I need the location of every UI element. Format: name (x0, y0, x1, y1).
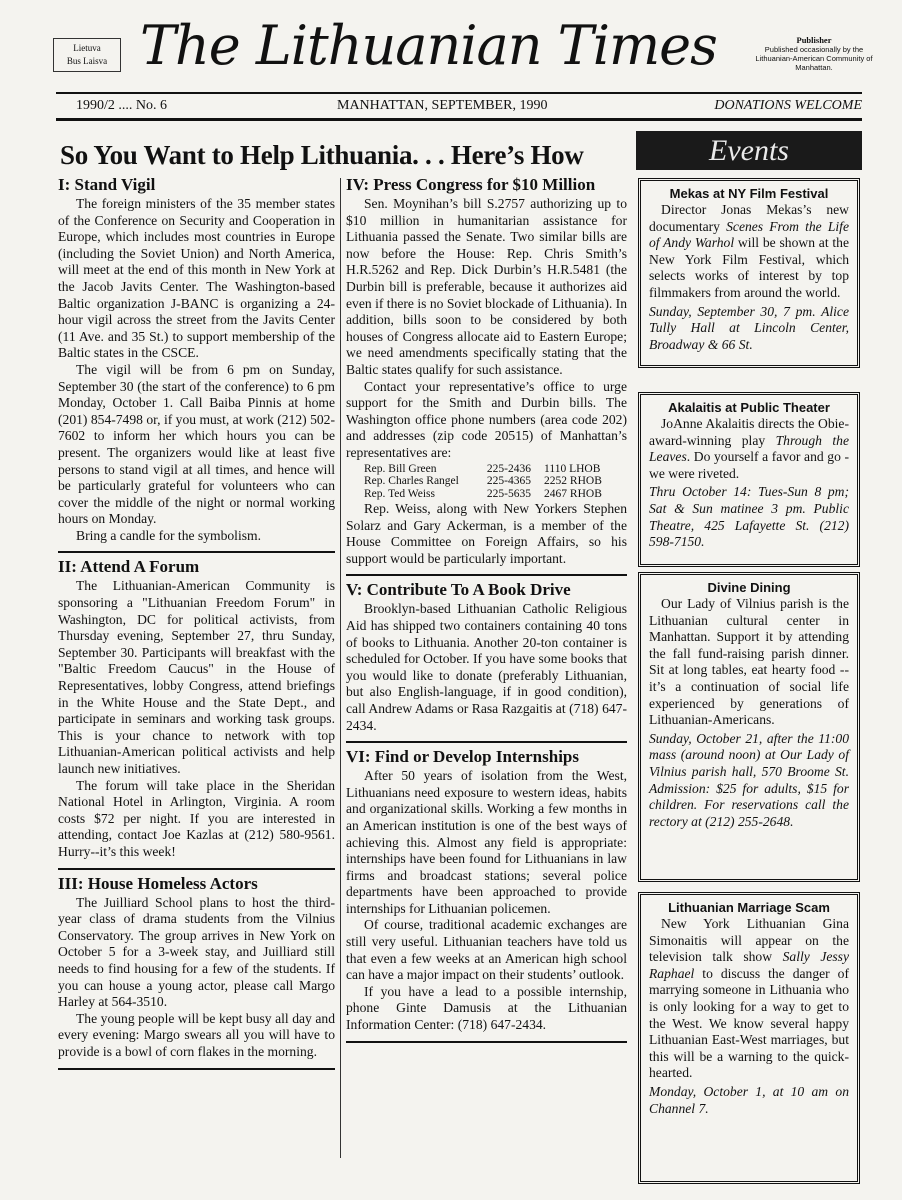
paragraph: After 50 years of isolation from the Wes… (346, 768, 627, 917)
section-title: III: House Homeless Actors (58, 874, 335, 894)
issue-number: 1990/2 .... No. 6 (76, 98, 167, 114)
section-divider (346, 741, 627, 743)
newspaper-title: The Lithuanian Times (140, 14, 740, 77)
section-title: VI: Find or Develop Internships (346, 747, 627, 767)
column-middle: IV: Press Congress for $10 Million Sen. … (346, 175, 627, 1047)
event-body: New York Lithuanian Gina Simonaitis will… (649, 916, 849, 1082)
paragraph: The Juilliard School plans to host the t… (58, 895, 335, 1011)
rep-phone: 225-5635 (487, 488, 544, 501)
rep-office: 1110 LHOB (544, 463, 619, 476)
section-divider (346, 1041, 627, 1043)
event-body: Our Lady of Vilnius parish is the Lithua… (649, 596, 849, 729)
event-title: Lithuanian Marriage Scam (649, 899, 849, 916)
event-akalaitis-theater: Akalaitis at Public Theater JoAnne Akala… (638, 392, 860, 567)
event-body: JoAnne Akalaitis directs the Obie-award-… (649, 416, 849, 482)
representatives-table: Rep. Bill Green 225-2436 1110 LHOB Rep. … (364, 463, 619, 501)
section-divider (58, 868, 335, 870)
event-marriage-scam: Lithuanian Marriage Scam New York Lithua… (638, 892, 860, 1184)
event-title: Akalaitis at Public Theater (649, 399, 849, 416)
event-when: Sunday, September 30, 7 pm. Alice Tully … (649, 304, 849, 354)
donations-notice: DONATIONS WELCOME (714, 98, 862, 114)
paragraph: If you have a lead to a possible interns… (346, 984, 627, 1034)
paragraph: The forum will take place in the Sherida… (58, 778, 335, 861)
event-title: Divine Dining (649, 579, 849, 596)
publisher-note: Publisher Published occasionally by the … (754, 36, 874, 72)
rep-name: Rep. Bill Green (364, 463, 487, 476)
section-press-congress: IV: Press Congress for $10 Million Sen. … (346, 175, 627, 571)
rep-office: 2467 RHOB (544, 488, 619, 501)
publisher-text: Published occasionally by the Lithuanian… (755, 45, 872, 72)
event-title: Mekas at NY Film Festival (649, 185, 849, 202)
rep-phone: 225-4365 (487, 475, 544, 488)
paragraph: Rep. Weiss, along with New Yorkers Steph… (346, 501, 627, 567)
paragraph: Brooklyn-based Lithuanian Catholic Relig… (346, 601, 627, 734)
section-book-drive: V: Contribute To A Book Drive Brooklyn-b… (346, 580, 627, 738)
event-when: Monday, October 1, at 10 am on Channel 7… (649, 1084, 849, 1117)
event-text: to discuss the danger of marrying someon… (649, 966, 849, 1081)
section-divider (58, 1068, 335, 1070)
column-left: I: Stand Vigil The foreign ministers of … (58, 175, 335, 1074)
paragraph: The young people will be kept busy all d… (58, 1011, 335, 1061)
paragraph: The Lithuanian-American Community is spo… (58, 578, 335, 777)
section-title: V: Contribute To A Book Drive (346, 580, 627, 600)
place-date: MANHATTAN, SEPTEMBER, 1990 (337, 98, 547, 114)
table-row: Rep. Charles Rangel 225-4365 2252 RHOB (364, 475, 619, 488)
event-when: Sunday, October 21, after the 11:00 mass… (649, 731, 849, 831)
flag-box: Lietuva Bus Laisva (53, 38, 121, 72)
event-body: Director Jonas Mekas’s new documentary S… (649, 202, 849, 302)
rep-office: 2252 RHOB (544, 475, 619, 488)
section-internships: VI: Find or Develop Internships After 50… (346, 747, 627, 1038)
section-divider (346, 574, 627, 576)
table-row: Rep. Bill Green 225-2436 1110 LHOB (364, 463, 619, 476)
column-divider (340, 178, 341, 1158)
paragraph: Sen. Moynihan’s bill S.2757 authorizing … (346, 196, 627, 379)
paragraph: Contact your representative’s office to … (346, 379, 627, 462)
rep-name: Rep. Ted Weiss (364, 488, 487, 501)
masthead-rule-top (56, 92, 862, 94)
paragraph: Of course, traditional academic exchange… (346, 917, 627, 983)
section-attend-forum: II: Attend A Forum The Lithuanian-Americ… (58, 557, 335, 864)
section-stand-vigil: I: Stand Vigil The foreign ministers of … (58, 175, 335, 548)
flag-line-1: Lietuva (54, 42, 120, 55)
main-headline: So You Want to Help Lithuania. . . Here’… (60, 140, 620, 171)
newsletter-page: Lietuva Bus Laisva The Lithuanian Times … (0, 0, 902, 1200)
paragraph: The vigil will be from 6 pm on Sunday, S… (58, 362, 335, 528)
flag-line-2: Bus Laisva (54, 55, 120, 68)
section-title: II: Attend A Forum (58, 557, 335, 577)
rep-phone: 225-2436 (487, 463, 544, 476)
table-row: Rep. Ted Weiss 225-5635 2467 RHOB (364, 488, 619, 501)
publisher-label: Publisher (754, 36, 874, 45)
events-header: Events (636, 131, 862, 170)
section-title: I: Stand Vigil (58, 175, 335, 195)
rep-name: Rep. Charles Rangel (364, 475, 487, 488)
section-house-actors: III: House Homeless Actors The Juilliard… (58, 874, 335, 1065)
masthead-rule-bottom (56, 118, 862, 121)
paragraph: The foreign ministers of the 35 member s… (58, 196, 335, 362)
event-when: Thru October 14: Tues-Sun 8 pm; Sat & Su… (649, 484, 849, 550)
section-divider (58, 551, 335, 553)
event-mekas-film: Mekas at NY Film Festival Director Jonas… (638, 178, 860, 368)
event-divine-dining: Divine Dining Our Lady of Vilnius parish… (638, 572, 860, 882)
section-title: IV: Press Congress for $10 Million (346, 175, 627, 195)
paragraph: Bring a candle for the symbolism. (58, 528, 335, 545)
